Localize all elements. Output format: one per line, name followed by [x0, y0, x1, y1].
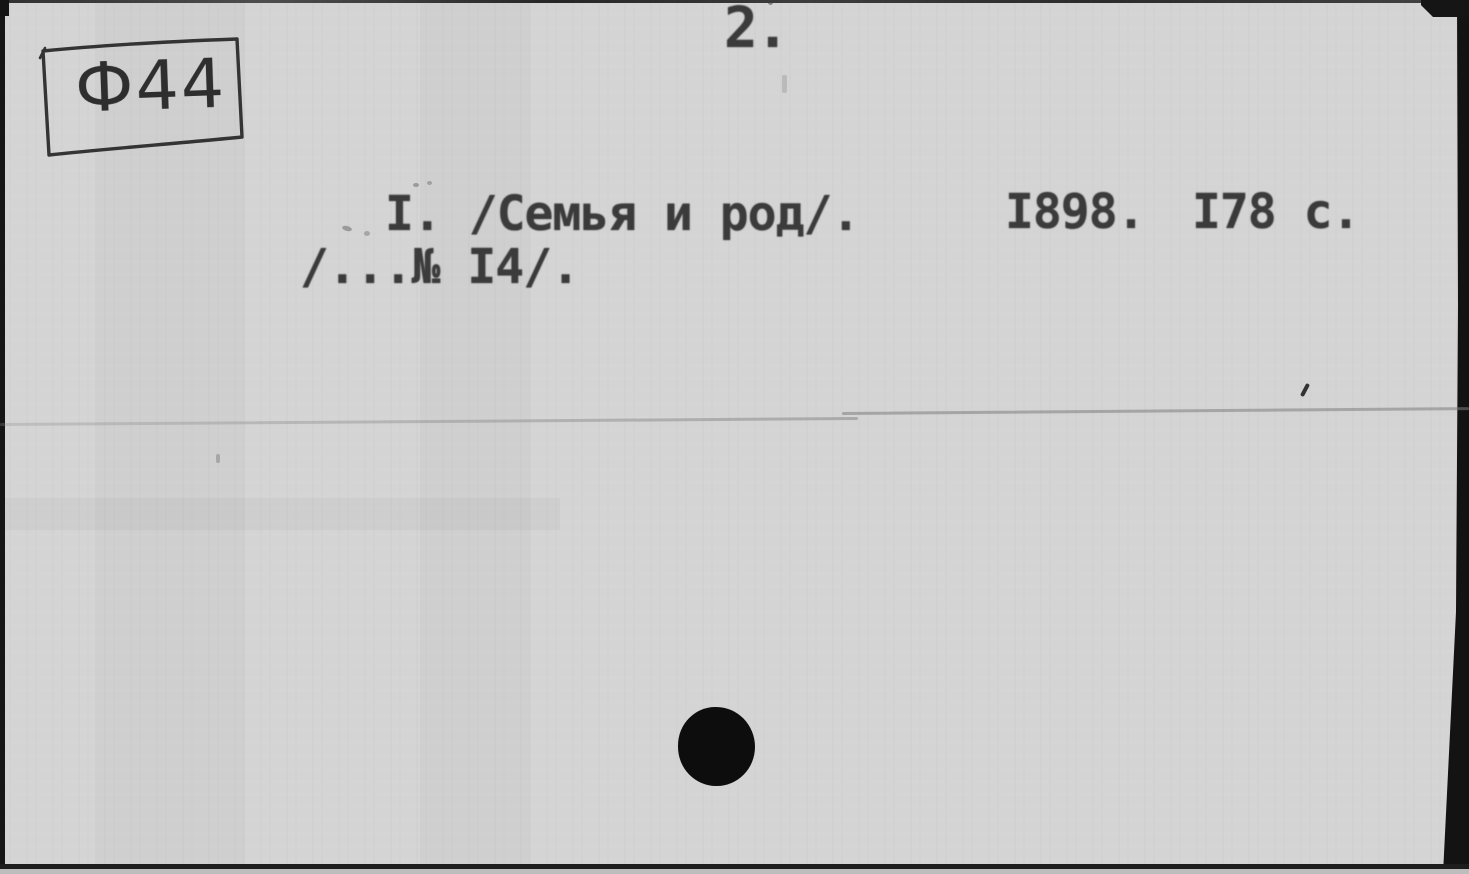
- scan-streak: [420, 0, 530, 874]
- ink-speck: [413, 183, 419, 187]
- entry-index-title: I. /Семья и род/.: [385, 190, 859, 238]
- scan-edge-left: [0, 0, 5, 874]
- entry-number-note: /...№ I4/.: [300, 243, 579, 291]
- ink-speck: [216, 454, 220, 463]
- ink-dot: [678, 707, 755, 786]
- scanned-catalog-card: Ф44 2. I. /Семья и род/. I898. I78 с. /.…: [0, 0, 1469, 874]
- scan-edge-corner-top-right: [1421, 0, 1469, 17]
- scan-streak: [0, 498, 560, 530]
- ink-speck: [768, 0, 773, 5]
- scan-edge-right: [1443, 0, 1469, 874]
- scan-streak: [1050, 0, 1230, 874]
- entry-page-count: I78 с.: [1192, 188, 1359, 236]
- ink-speck: [427, 181, 432, 185]
- stamp-code: Ф44: [74, 44, 228, 128]
- library-stamp: Ф44: [33, 33, 248, 161]
- page-number: 2.: [724, 1, 787, 57]
- ink-speck: [342, 225, 353, 232]
- ink-tick: [1300, 383, 1310, 397]
- crease-line-right: [842, 407, 1469, 415]
- scan-edge-bottom: [0, 869, 1469, 874]
- ink-speck: [782, 75, 787, 93]
- crease-line-left: [0, 417, 858, 426]
- scan-edge-corner-top-left: [0, 0, 9, 16]
- ink-speck: [364, 231, 370, 236]
- entry-year: I898.: [1005, 188, 1145, 236]
